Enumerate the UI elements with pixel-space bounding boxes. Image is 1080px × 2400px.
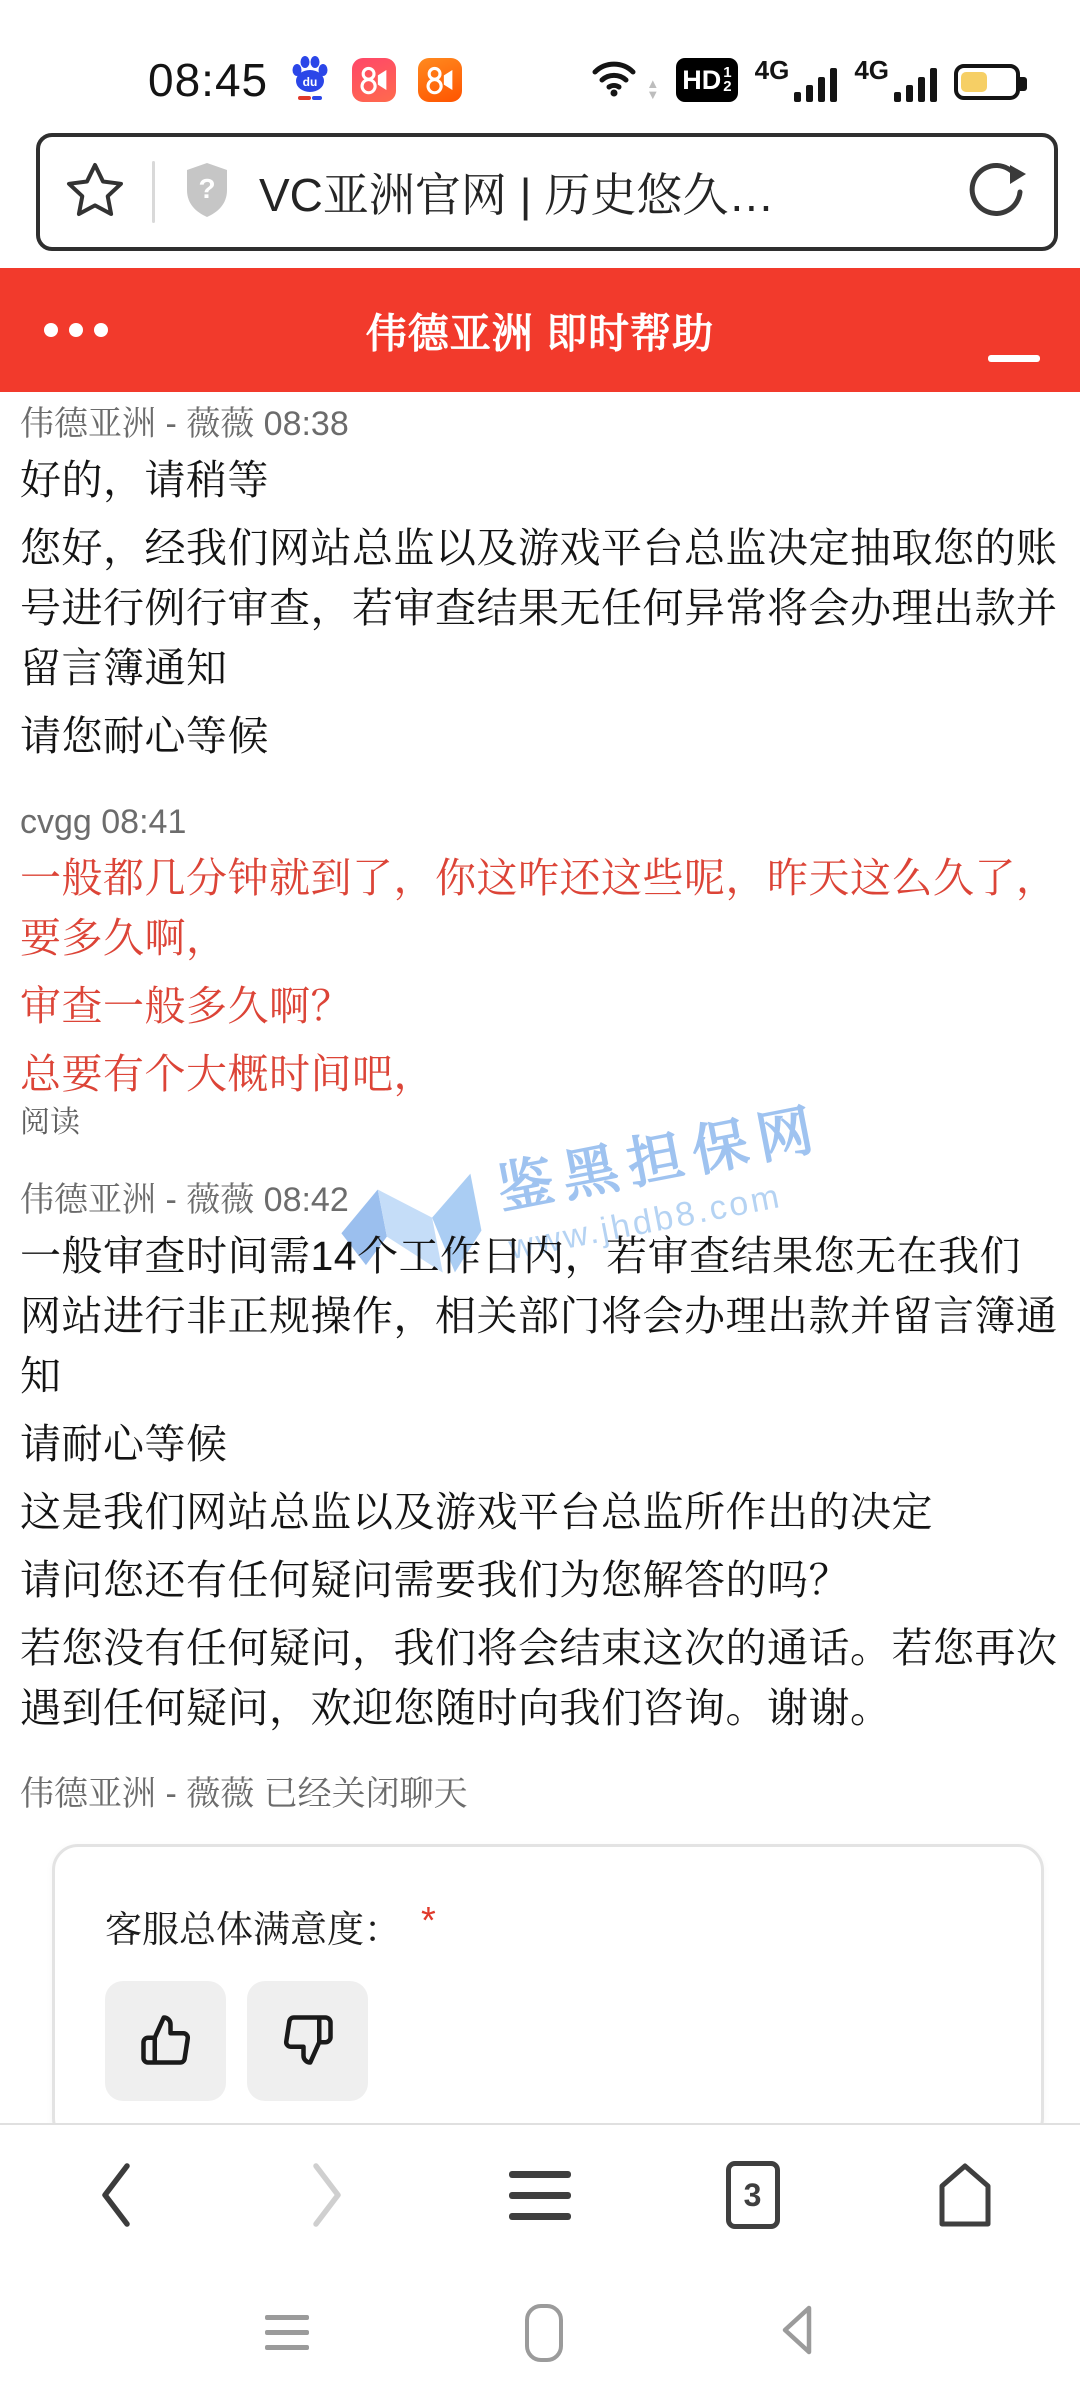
chat-message-user: 审查一般多久啊？ <box>20 976 1060 1036</box>
required-asterisk: * <box>421 1899 436 1943</box>
bookmark-star-icon[interactable] <box>66 162 124 223</box>
svg-text:du: du <box>303 75 318 89</box>
thumbs-up-icon <box>139 2013 193 2070</box>
chat-message-agent: 一般审查时间需14个工作日内，若审查结果您无在我们网站进行非正规操作，相关部门将… <box>20 1226 1060 1406</box>
nav-back-button[interactable] <box>80 2155 150 2235</box>
thumbs-up-button[interactable] <box>105 1981 226 2101</box>
divider <box>152 161 155 223</box>
signal-4g-icon-sim2: 4G <box>854 68 937 102</box>
nav-forward-button[interactable] <box>293 2155 363 2235</box>
refresh-icon[interactable] <box>966 159 1028 226</box>
volte-hd-icon: HD12 <box>676 58 737 102</box>
browser-address-bar[interactable]: ? VC亚洲官网 | 历史悠久… <box>36 133 1058 251</box>
chat-body: 鉴黑担保网 www.jhdb8.com 伟德亚洲 - 薇薇 08:38好的，请稍… <box>0 392 1080 2123</box>
clock: 08:45 <box>148 53 268 107</box>
chat-timestamp-label: 伟德亚洲 - 薇薇 08:42 <box>20 1180 1060 1220</box>
data-arrows-icon: ▲▼ <box>646 78 659 100</box>
thumbs-down-button[interactable] <box>247 1981 368 2101</box>
security-shield-icon[interactable]: ? <box>181 160 233 225</box>
page-title[interactable]: VC亚洲官网 | 历史悠久… <box>259 159 966 225</box>
battery-fill <box>961 72 987 92</box>
chat-message-agent: 好的，请稍等 <box>20 450 1060 510</box>
message-list: 伟德亚洲 - 薇薇 08:38好的，请稍等您好，经我们网站总监以及游戏平台总监决… <box>20 404 1060 1814</box>
thumbs-down-icon <box>281 2013 335 2070</box>
system-nav-bar <box>0 2265 1080 2400</box>
kuaishou-notification-icon-2 <box>418 58 462 102</box>
read-receipt: 阅读 <box>20 1102 1060 1144</box>
system-back-icon[interactable] <box>779 2303 815 2362</box>
survey-label: 客服总体满意度： <box>105 1899 401 1953</box>
system-menu-icon[interactable] <box>265 2315 309 2350</box>
status-bar: 08:45 du <box>0 0 1080 133</box>
chat-message-agent: 请您耐心等候 <box>20 706 1060 766</box>
chat-message-agent: 这是我们网站总监以及游戏平台总监所作出的决定 <box>20 1482 1060 1542</box>
system-home-icon[interactable] <box>525 2304 563 2362</box>
menu-icon <box>509 2171 571 2220</box>
shield-question-mark: ? <box>198 173 215 204</box>
minimize-icon[interactable] <box>988 355 1040 362</box>
chat-message-agent: 您好，经我们网站总监以及游戏平台总监决定抽取您的账号进行例行审查，若审查结果无任… <box>20 518 1060 698</box>
nav-tabs-button[interactable]: 3 <box>718 2155 788 2235</box>
wifi-icon <box>591 57 637 102</box>
phone-screen: 08:45 du <box>0 0 1080 2400</box>
battery-icon <box>954 64 1020 100</box>
tab-count-icon: 3 <box>726 2161 780 2229</box>
browser-nav-bar: 3 <box>0 2123 1080 2265</box>
chat-header: 伟德亚洲 即时帮助 <box>0 268 1080 392</box>
chat-message-user: 一般都几分钟就到了，你这咋还这些呢，昨天这么久了，要多久啊， <box>20 848 1060 968</box>
baidu-notification-icon: du <box>290 54 330 105</box>
chat-message-user: 总要有个大概时间吧， <box>20 1044 1060 1104</box>
kuaishou-notification-icon <box>352 58 396 102</box>
chat-title: 伟德亚洲 即时帮助 <box>0 301 1080 360</box>
chat-message-agent: 请问您还有任何疑问需要我们为您解答的吗？ <box>20 1550 1060 1610</box>
nav-menu-button[interactable] <box>505 2155 575 2235</box>
satisfaction-survey-card: 客服总体满意度： * <box>52 1844 1044 2123</box>
chat-timestamp-label: 伟德亚洲 - 薇薇 08:38 <box>20 404 1060 444</box>
signal-4g-icon-sim1: 4G <box>755 68 838 102</box>
nav-home-button[interactable] <box>930 2155 1000 2235</box>
chat-timestamp-label: 伟德亚洲 - 薇薇 已经关闭聊天 <box>20 1774 1060 1814</box>
chat-message-agent: 若您没有任何疑问，我们将会结束这次的通话。若您再次遇到任何疑问，欢迎您随时向我们… <box>20 1618 1060 1738</box>
chat-timestamp-label: cvgg 08:41 <box>20 802 1060 842</box>
chat-message-agent: 请耐心等候 <box>20 1414 1060 1474</box>
